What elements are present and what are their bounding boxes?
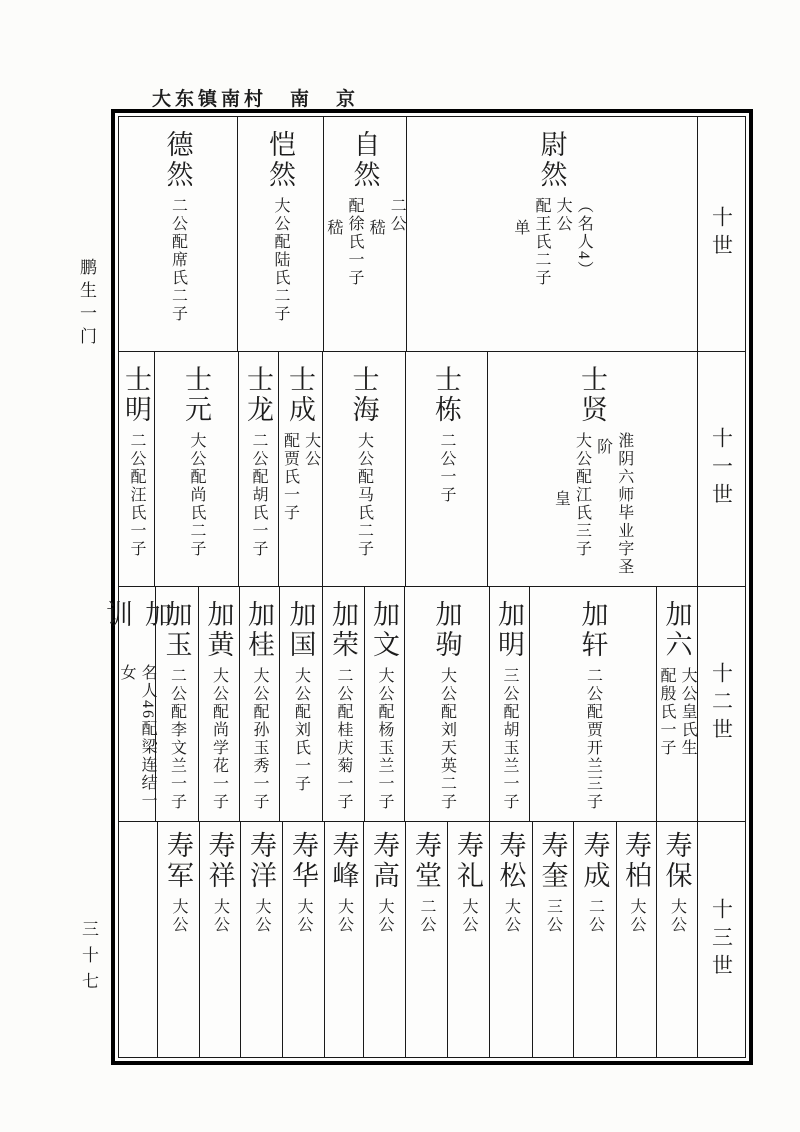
- generation-label: 十三世: [707, 898, 737, 982]
- entry-name: 寿礼: [449, 831, 488, 891]
- entry-detail-line: 二公配贾开兰三子: [582, 667, 603, 811]
- entry-detail-line: 嵇: [323, 219, 344, 287]
- entry-details: 二公: [416, 898, 437, 934]
- entry-detail-line: 大公: [301, 432, 322, 522]
- entry-name: 加明: [490, 600, 529, 660]
- entry-details: 大公: [333, 898, 354, 934]
- entry-detail-line: 大公: [666, 898, 687, 934]
- genealogy-table-frame: 十世尉然（名人4）大公配王氏二子单自然二公嵇配徐氏一子嵇恺然大公配陆氏二子德然二…: [111, 109, 753, 1065]
- entry-details: 大公: [374, 898, 395, 934]
- entry-cell: 士龙二公配胡氏一子: [238, 352, 278, 586]
- entry-name: 加轩: [574, 600, 613, 660]
- entry-details: 名人46配梁连结一女: [116, 664, 158, 821]
- entry-details: 二公一子: [436, 432, 457, 504]
- entry-cell: 寿松大公: [489, 822, 532, 1057]
- entry-name: 寿堂: [407, 831, 446, 891]
- entry-detail-line: 二公配李文兰一子: [166, 667, 187, 811]
- generation-label-cell: 十二世: [697, 587, 745, 821]
- generation-label: 十二世: [707, 662, 737, 746]
- generation-label: 十世: [707, 206, 737, 262]
- entry-details: 大公: [293, 898, 314, 934]
- entry-name: 恺然: [261, 130, 300, 190]
- entry-details: 大公配马氏二子: [353, 432, 374, 558]
- entry-detail-line: 配贾氏一子: [279, 432, 300, 522]
- entry-name: 德然: [159, 130, 198, 190]
- entry-detail-line: 大公: [552, 197, 573, 287]
- entry-cell: 加黄大公配尚学花一子: [198, 587, 239, 821]
- entry-detail-line: 二公: [386, 197, 407, 287]
- entry-name: 寿成: [576, 831, 615, 891]
- entry-detail-line: 配徐氏一子: [344, 197, 365, 287]
- entry-cell: 寿祥大公: [199, 822, 240, 1057]
- entry-cell: 加明三公配胡玉兰一子: [489, 587, 529, 821]
- entry-detail-line: 皇: [550, 490, 571, 576]
- entry-name: 加六: [658, 600, 697, 660]
- entry-detail-line: 大公: [500, 898, 521, 934]
- entry-cell: 自然二公嵇配徐氏一子嵇: [323, 117, 406, 351]
- entry-detail-line: 大公: [251, 898, 272, 934]
- page-number: 三十七: [76, 920, 101, 998]
- entry-details: 大公配杨玉兰一子: [374, 667, 395, 811]
- entry-cell: 加文大公配杨玉兰一子: [364, 587, 404, 821]
- entry-detail-line: 二公配席氏二子: [167, 197, 188, 323]
- entry-details: 二公配席氏二子: [167, 197, 188, 323]
- entry-detail-line: 大公配尚氏二子: [186, 432, 207, 558]
- entry-name: 加桂: [240, 600, 279, 660]
- entry-detail-line: 大公: [209, 898, 230, 934]
- entry-details: 大公配尚氏二子: [186, 432, 207, 558]
- entry-cell: 加轩二公配贾开兰三子: [529, 587, 656, 821]
- genealogy-table: 十世尉然（名人4）大公配王氏二子单自然二公嵇配徐氏一子嵇恺然大公配陆氏二子德然二…: [118, 116, 746, 1058]
- entry-name: 自然: [346, 130, 385, 190]
- entry-cell: 加玉二公配李文兰一子: [155, 587, 198, 821]
- entry-cell: 加训名人46配梁连结一女: [119, 587, 155, 821]
- entry-detail-line: 嵇: [365, 219, 386, 287]
- entry-detail-line: 大公配刘天英二子: [436, 667, 457, 811]
- entry-details: 二公配贾开兰三子: [582, 667, 603, 811]
- entry-name: 士栋: [427, 365, 466, 425]
- generation-row: 十三世寿保大公寿柏大公寿成二公寿奎三公寿松大公寿礼大公寿堂二公寿高大公寿峰大公寿…: [119, 822, 745, 1057]
- entry-cell: 寿洋大公: [240, 822, 282, 1057]
- entry-cell: 士元大公配尚氏二子: [154, 352, 238, 586]
- entry-details: 大公: [626, 898, 647, 934]
- entry-detail-line: 大公配杨玉兰一子: [374, 667, 395, 811]
- entry-detail-line: 阶: [593, 438, 614, 576]
- entry-details: 大公: [251, 898, 272, 934]
- entry-name: 寿洋: [242, 831, 281, 891]
- entry-cell: 加驹大公配刘天英二子: [404, 587, 489, 821]
- empty-cell: [119, 822, 157, 1057]
- entry-name: 加玉: [158, 600, 197, 660]
- entry-cell: 士明二公配汪氏一子: [119, 352, 154, 586]
- entry-detail-line: 配王氏二子: [531, 197, 552, 287]
- entry-detail-line: 二公配胡氏一子: [248, 432, 269, 558]
- entry-detail-line: 淮阴六师毕业字圣: [614, 432, 635, 576]
- entry-details: 三公: [542, 898, 563, 934]
- entry-detail-line: 三公: [542, 898, 563, 934]
- entry-name: 士明: [117, 365, 156, 425]
- entry-details: 大公: [458, 898, 479, 934]
- entry-name: 寿华: [284, 831, 323, 891]
- entry-detail-line: 大公: [626, 898, 647, 934]
- entry-cell: 寿礼大公: [447, 822, 489, 1057]
- entry-name: 寿柏: [617, 831, 656, 891]
- entry-details: 三公配胡玉兰一子: [499, 667, 520, 811]
- entry-details: 二公嵇配徐氏一子嵇: [323, 197, 407, 287]
- entry-detail-line: 三公配胡玉兰一子: [499, 667, 520, 811]
- entry-cell: 加荣二公配桂庆菊一子: [322, 587, 364, 821]
- entry-cell: 寿华大公: [282, 822, 324, 1057]
- entry-name: 寿祥: [201, 831, 240, 891]
- entry-cell: 寿堂二公: [405, 822, 447, 1057]
- entry-details: 二公: [584, 898, 605, 934]
- entry-cell: 士海大公配马氏二子: [322, 352, 405, 586]
- entry-cell: 士栋二公一子: [405, 352, 487, 586]
- entry-details: 大公皇氏生配殷氏一子: [656, 667, 698, 757]
- generation-row: 十一世士贤淮阴六师毕业字圣阶大公配江氏三子皇士栋二公一子士海大公配马氏二子士成大…: [119, 352, 745, 587]
- entry-name: 寿松: [492, 831, 531, 891]
- entry-cell: 寿保大公: [656, 822, 697, 1057]
- entry-details: （名人4）大公配王氏二子单: [510, 197, 594, 287]
- entry-details: 大公: [209, 898, 230, 934]
- entry-name: 寿保: [658, 831, 697, 891]
- entry-detail-line: 二公配汪氏一子: [126, 432, 147, 558]
- entry-details: 二公配汪氏一子: [126, 432, 147, 558]
- entry-detail-line: 大公: [293, 898, 314, 934]
- entry-detail-line: 大公: [333, 898, 354, 934]
- entry-cell: 士成大公配贾氏一子: [278, 352, 322, 586]
- entry-cell: 加桂大公配孙玉秀一子: [239, 587, 279, 821]
- entry-name: 寿高: [365, 831, 404, 891]
- entry-cell: 寿峰大公: [324, 822, 363, 1057]
- entry-detail-line: 大公配刘氏一子: [290, 667, 311, 793]
- entry-detail-line: 配殷氏一子: [656, 667, 677, 757]
- entry-cell: 士贤淮阴六师毕业字圣阶大公配江氏三子皇: [487, 352, 697, 586]
- entry-detail-line: 二公: [416, 898, 437, 934]
- entry-cell: 恺然大公配陆氏二子: [237, 117, 323, 351]
- generation-row: 十世尉然（名人4）大公配王氏二子单自然二公嵇配徐氏一子嵇恺然大公配陆氏二子德然二…: [119, 117, 745, 352]
- generation-row: 十二世加六大公皇氏生配殷氏一子加轩二公配贾开兰三子加明三公配胡玉兰一子加驹大公配…: [119, 587, 745, 822]
- entry-name: 加国: [282, 600, 321, 660]
- generation-label-cell: 十世: [697, 117, 745, 351]
- entry-cell: 德然二公配席氏二子: [119, 117, 237, 351]
- entry-detail-line: 二公一子: [436, 432, 457, 504]
- entry-detail-line: 二公配桂庆菊一子: [333, 667, 354, 811]
- entry-detail-line: 单: [510, 219, 531, 287]
- entry-details: 大公配贾氏一子: [279, 432, 321, 522]
- entry-detail-line: 大公配孙玉秀一子: [249, 667, 270, 811]
- entry-detail-line: 大公配江氏三子: [571, 432, 592, 576]
- entry-name: 尉然: [533, 130, 572, 190]
- entry-name: 士海: [345, 365, 384, 425]
- entry-detail-line: 大公: [374, 898, 395, 934]
- entry-details: 二公配胡氏一子: [248, 432, 269, 558]
- entry-detail-line: 大公配尚学花一子: [208, 667, 229, 811]
- page-header: 大东镇南村 南 京: [152, 84, 359, 111]
- entry-cell: 寿高大公: [363, 822, 405, 1057]
- entry-cell: 加国大公配刘氏一子: [279, 587, 322, 821]
- entry-cell: 尉然（名人4）大公配王氏二子单: [406, 117, 697, 351]
- entry-details: 淮阴六师毕业字圣阶大公配江氏三子皇: [550, 432, 634, 576]
- entry-detail-line: 大公皇氏生: [677, 667, 698, 757]
- entry-detail-line: 大公: [168, 898, 189, 934]
- entry-details: 大公: [500, 898, 521, 934]
- entry-name: 加驹: [428, 600, 467, 660]
- generation-label: 十一世: [707, 427, 737, 511]
- entry-detail-line: 大公配陆氏二子: [270, 197, 291, 323]
- entry-name: 加文: [365, 600, 404, 660]
- entry-name: 寿峰: [325, 831, 364, 891]
- entry-name: 士元: [177, 365, 216, 425]
- entry-name: 士成: [281, 365, 320, 425]
- entry-cell: 寿柏大公: [616, 822, 656, 1057]
- entry-name: 士龙: [239, 365, 278, 425]
- entry-detail-line: 名人46配梁连结一女: [116, 664, 158, 821]
- entry-name: 士贤: [573, 365, 612, 425]
- entry-details: 大公: [168, 898, 189, 934]
- entry-details: 二公配李文兰一子: [166, 667, 187, 811]
- entry-name: 加黄: [200, 600, 239, 660]
- entry-detail-line: 二公: [584, 898, 605, 934]
- entry-details: 二公配桂庆菊一子: [333, 667, 354, 811]
- entry-cell: 寿奎三公: [532, 822, 573, 1057]
- entry-details: 大公配刘天英二子: [436, 667, 457, 811]
- entry-detail-line: 大公: [458, 898, 479, 934]
- entry-detail-line: 大公配马氏二子: [353, 432, 374, 558]
- generation-label-cell: 十一世: [697, 352, 745, 586]
- entry-details: 大公: [666, 898, 687, 934]
- generation-label-cell: 十三世: [697, 822, 745, 1057]
- entry-cell: 寿军大公: [157, 822, 199, 1057]
- entry-details: 大公配孙玉秀一子: [249, 667, 270, 811]
- entry-details: 大公配陆氏二子: [270, 197, 291, 323]
- entry-detail-line: （名人4）: [573, 197, 594, 287]
- entry-cell: 寿成二公: [573, 822, 616, 1057]
- entry-name: 寿军: [159, 831, 198, 891]
- margin-title: 鹏生一门: [74, 258, 99, 350]
- entry-details: 大公配尚学花一子: [208, 667, 229, 811]
- entry-cell: 加六大公皇氏生配殷氏一子: [656, 587, 697, 821]
- entry-details: 大公配刘氏一子: [290, 667, 311, 793]
- entry-name: 加荣: [324, 600, 363, 660]
- entry-name: 寿奎: [534, 831, 573, 891]
